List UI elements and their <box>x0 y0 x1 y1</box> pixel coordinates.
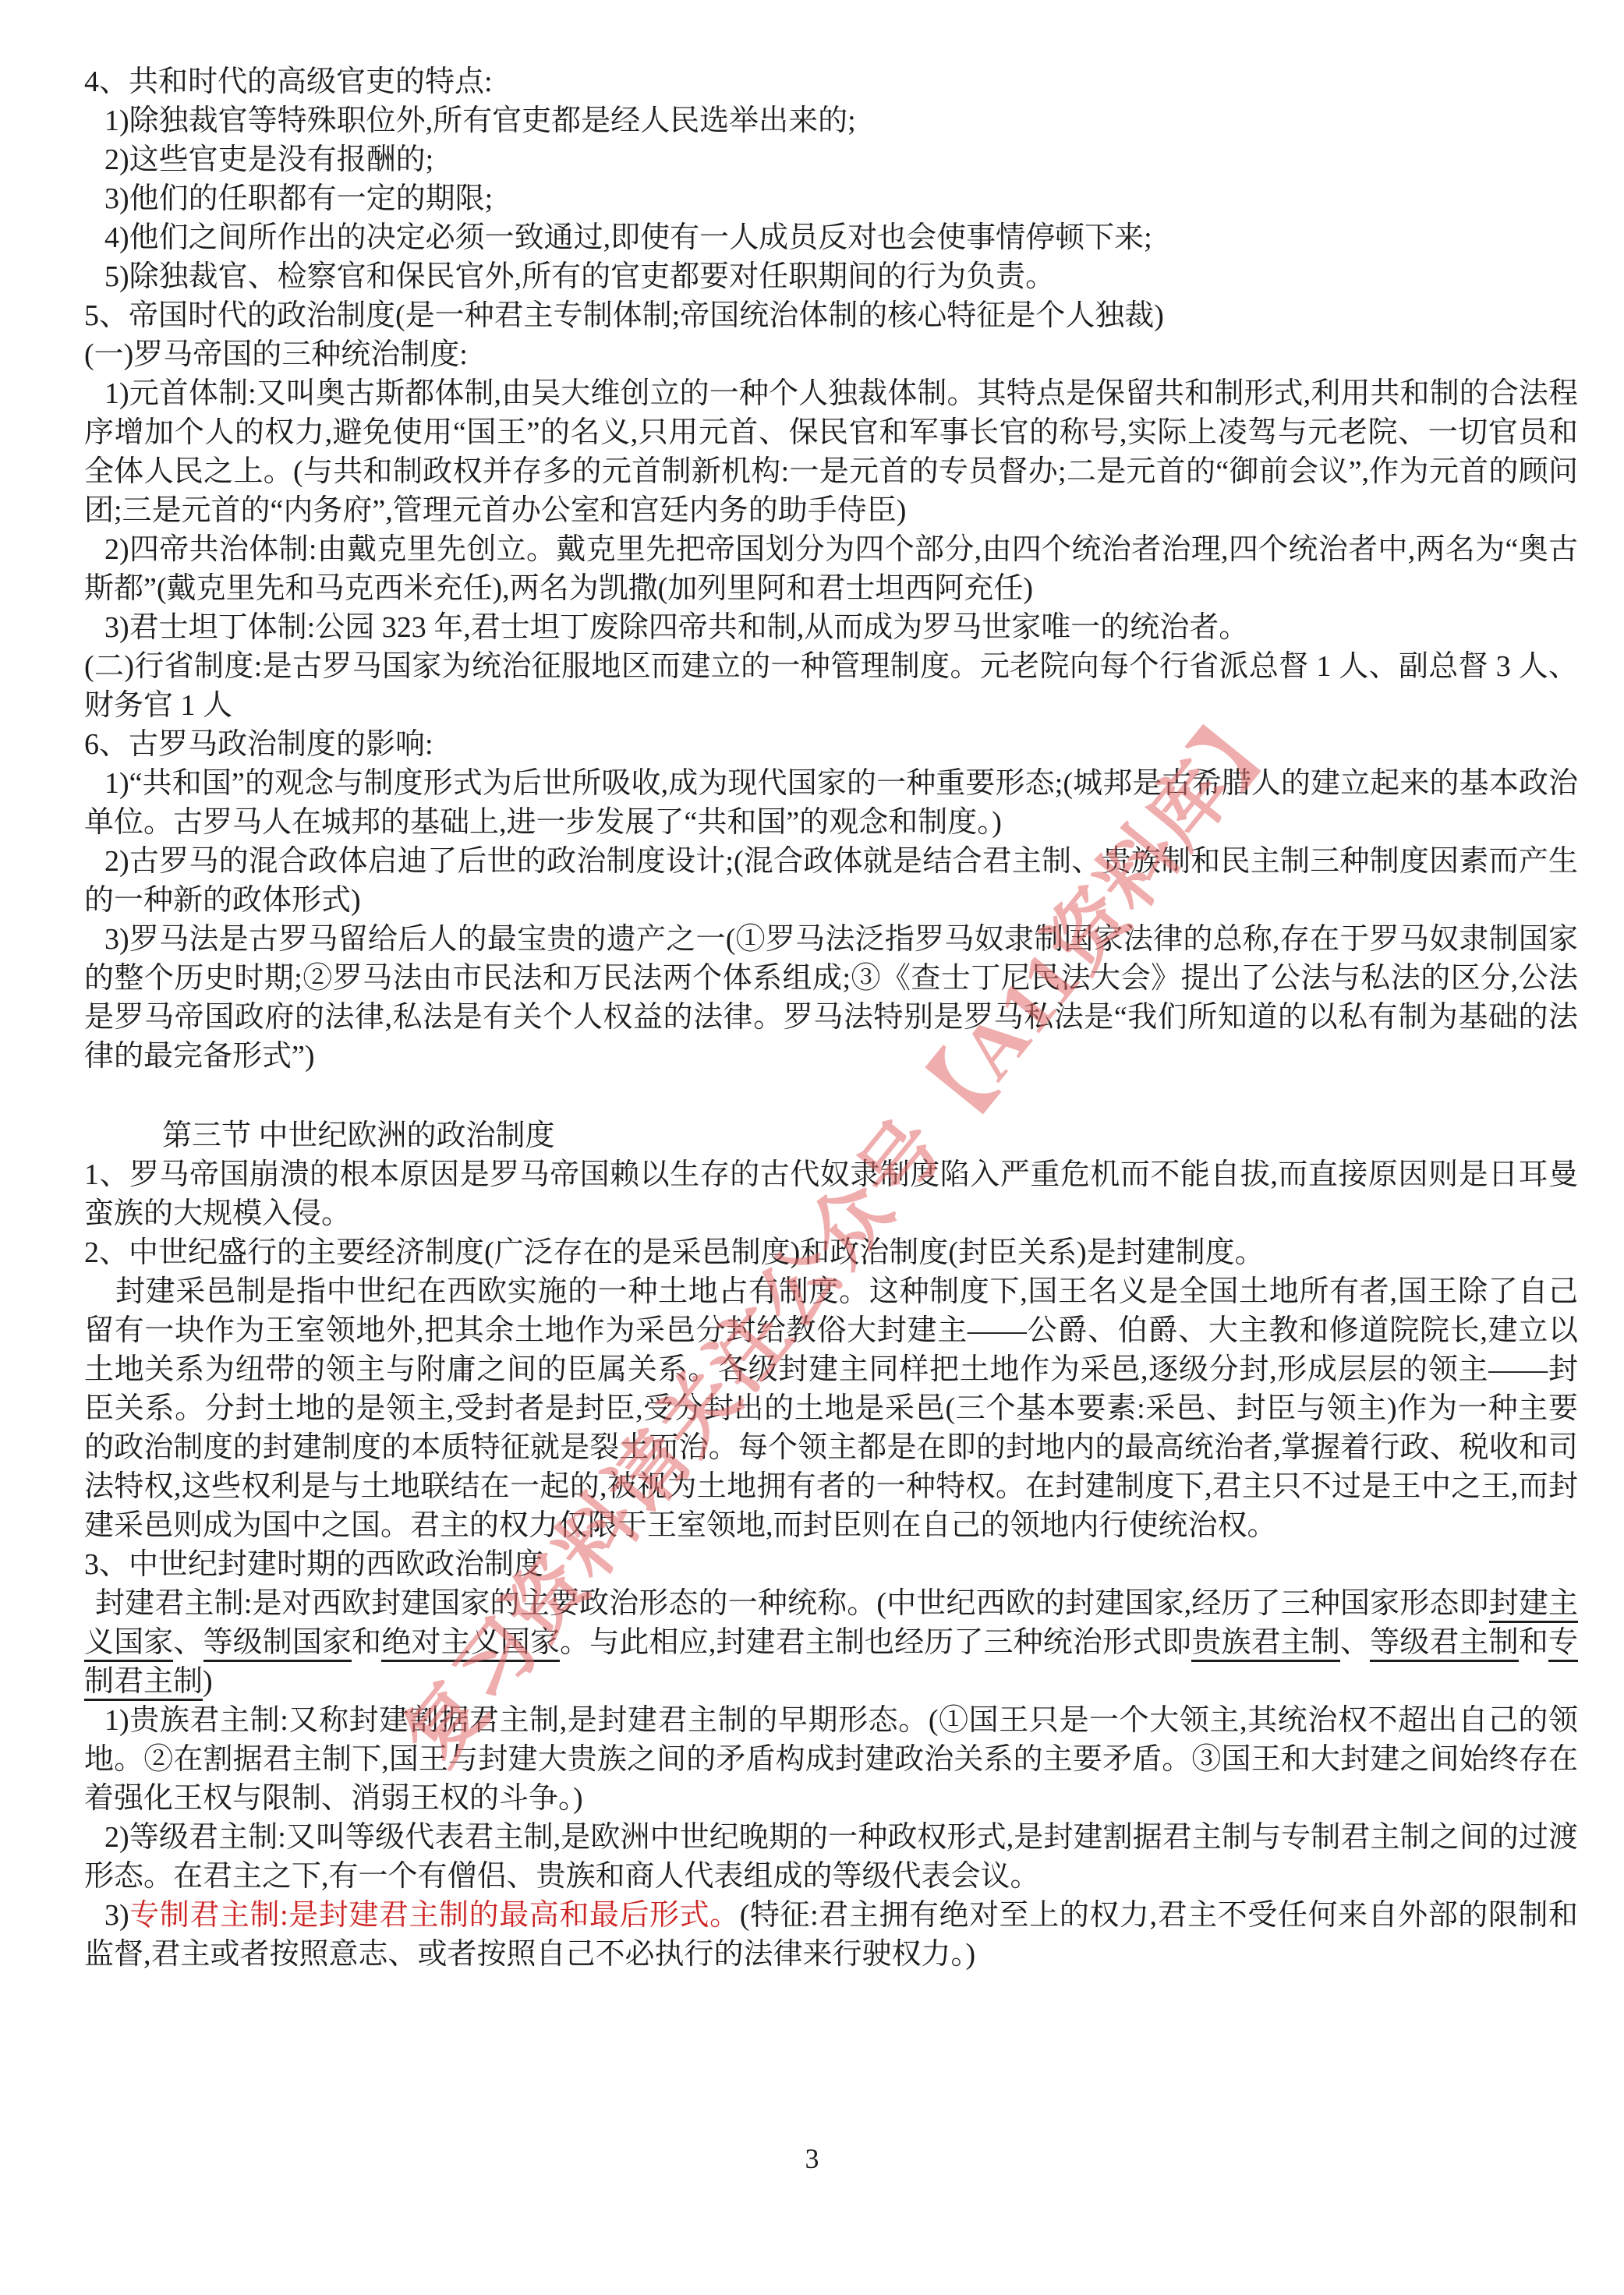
text-segment: (一)罗马帝国的三种统治制度: <box>84 338 468 371</box>
text-segment: 、 <box>1340 1626 1370 1659</box>
paragraph: 4)他们之间所作出的决定必须一致通过,即使有一人成员反对也会使事情停顿下来; <box>84 218 1578 257</box>
paragraph: 5、帝国时代的政治制度(是一种君主专制体制;帝国统治体制的核心特征是个人独裁) <box>84 296 1578 335</box>
text-segment: 1)元首体制:又叫奥古斯都体制,由吴大维创立的一种个人独裁体制。其特点是保留共和… <box>84 377 1578 527</box>
paragraph: 3)他们的任职都有一定的期限; <box>84 179 1578 218</box>
underlined-term: 绝对主义国家 <box>381 1626 560 1662</box>
text-segment: 2)四帝共治体制:由戴克里先创立。戴克里先把帝国划分为四个部分,由四个统治者治理… <box>84 533 1578 605</box>
text-segment: 3) <box>104 1899 129 1932</box>
paragraph: 2、中世纪盛行的主要经济制度(广泛存在的是采邑制度)和政治制度(封臣关系)是封建… <box>84 1233 1578 1272</box>
red-emphasis-text: 专制君主制:是封建君主制的最高和最后形式。 <box>129 1899 740 1932</box>
paragraph: (二)行省制度:是古罗马国家为统治征服地区而建立的一种管理制度。元老院向每个行省… <box>84 647 1578 725</box>
paragraph: 1、罗马帝国崩溃的根本原因是罗马帝国赖以生存的古代奴隶制度陷入严重危机而不能自拔… <box>84 1155 1578 1233</box>
text-segment: (二)行省制度:是古罗马国家为统治征服地区而建立的一种管理制度。元老院向每个行省… <box>84 650 1578 722</box>
text-segment: 6、古罗马政治制度的影响: <box>84 728 433 761</box>
paragraph: 2)等级君主制:又叫等级代表君主制,是欧洲中世纪晚期的一种政权形式,是封建割据君… <box>84 1818 1578 1896</box>
text-segment: 封建君主制:是对西欧封建国家的主要政治形态的一种统称。(中世纪西欧的封建国家,经… <box>95 1587 1489 1620</box>
text-segment: 2)等级君主制:又叫等级代表君主制,是欧洲中世纪晚期的一种政权形式,是封建割据君… <box>84 1821 1578 1893</box>
paragraph: 4、共和时代的高级官吏的特点: <box>84 62 1578 101</box>
text-segment: 2)古罗马的混合政体启迪了后世的政治制度设计;(混合政体就是结合君主制、贵族制和… <box>84 845 1578 917</box>
paragraph: 3)罗马法是古罗马留给后人的最宝贵的遗产之一(①罗马法泛指罗马奴隶制国家法律的总… <box>84 920 1578 1076</box>
text-segment: 1)除独裁官等特殊职位外,所有官吏都是经人民选举出来的; <box>104 104 856 137</box>
text-segment: 2、中世纪盛行的主要经济制度(广泛存在的是采邑制度)和政治制度(封臣关系)是封建… <box>84 1236 1265 1269</box>
paragraph: 3)专制君主制:是封建君主制的最高和最后形式。(特征:君主拥有绝对至上的权力,君… <box>84 1896 1578 1974</box>
paragraph: 1)元首体制:又叫奥古斯都体制,由吴大维创立的一种个人独裁体制。其特点是保留共和… <box>84 374 1578 530</box>
page-number: 3 <box>0 2142 1624 2175</box>
paragraph: 5)除独裁官、检察官和保民官外,所有的官吏都要对任职期间的行为负责。 <box>84 257 1578 296</box>
text-segment: 5)除独裁官、检察官和保民官外,所有的官吏都要对任职期间的行为负责。 <box>104 260 1055 293</box>
text-segment: 1)贵族君主制:又称封建割据君主制,是封建君主制的早期形态。(①国王只是一个大领… <box>84 1704 1578 1815</box>
text-segment: 3)罗马法是古罗马留给后人的最宝贵的遗产之一(①罗马法泛指罗马奴隶制国家法律的总… <box>84 923 1578 1073</box>
text-segment: 1、罗马帝国崩溃的根本原因是罗马帝国赖以生存的古代奴隶制度陷入严重危机而不能自拔… <box>84 1158 1578 1230</box>
paragraph: (一)罗马帝国的三种统治制度: <box>84 335 1578 374</box>
paragraph: 6、古罗马政治制度的影响: <box>84 725 1578 764</box>
text-segment: 。与此相应,封建君主制也经历了三种统治形式即 <box>560 1626 1191 1659</box>
paragraph: 封建采邑制是指中世纪在西欧实施的一种土地占有制度。这种制度下,国王名义是全国土地… <box>84 1272 1578 1545</box>
text-segment: 4)他们之间所作出的决定必须一致通过,即使有一人成员反对也会使事情停顿下来; <box>104 221 1152 254</box>
paragraph: 2)古罗马的混合政体启迪了后世的政治制度设计;(混合政体就是结合君主制、贵族制和… <box>84 842 1578 920</box>
text-segment: 第三节 中世纪欧洲的政治制度 <box>162 1119 555 1152</box>
text-segment: 2)这些官吏是没有报酬的; <box>104 143 433 176</box>
text-segment: 3、中世纪封建时期的西欧政治制度 <box>84 1548 543 1581</box>
underlined-term: 等级君主制 <box>1370 1626 1519 1662</box>
text-segment: 4、共和时代的高级官吏的特点: <box>84 65 493 98</box>
paragraph: 2)四帝共治体制:由戴克里先创立。戴克里先把帝国划分为四个部分,由四个统治者治理… <box>84 530 1578 608</box>
text-segment: 3)君士坦丁体制:公园 323 年,君士坦丁废除四帝共和制,从而成为罗马世家唯一… <box>104 611 1248 644</box>
paragraph: 1)“共和国”的观念与制度形式为后世所吸收,成为现代国家的一种重要形态;(城邦是… <box>84 764 1578 842</box>
text-segment: 和 <box>1519 1626 1548 1659</box>
text-segment: 封建采邑制是指中世纪在西欧实施的一种土地占有制度。这种制度下,国王名义是全国土地… <box>84 1275 1578 1542</box>
text-segment: 1)“共和国”的观念与制度形式为后世所吸收,成为现代国家的一种重要形态;(城邦是… <box>84 767 1578 839</box>
text-segment: 、 <box>173 1626 203 1659</box>
underlined-term: 贵族君主制 <box>1191 1626 1340 1662</box>
paragraph: 3、中世纪封建时期的西欧政治制度 <box>84 1545 1578 1584</box>
paragraph: 封建君主制:是对西欧封建国家的主要政治形态的一种统称。(中世纪西欧的封建国家,经… <box>84 1584 1578 1701</box>
section-title: 第三节 中世纪欧洲的政治制度 <box>84 1116 1578 1155</box>
document-page: 4、共和时代的高级官吏的特点:1)除独裁官等特殊职位外,所有官吏都是经人民选举出… <box>0 0 1624 2295</box>
underlined-term: 等级制国家 <box>203 1626 352 1662</box>
text-segment: ) <box>203 1665 213 1698</box>
text-segment: 5、帝国时代的政治制度(是一种君主专制体制;帝国统治体制的核心特征是个人独裁) <box>84 299 1164 332</box>
paragraph: 3)君士坦丁体制:公园 323 年,君士坦丁废除四帝共和制,从而成为罗马世家唯一… <box>84 608 1578 647</box>
text-segment: 和 <box>352 1626 381 1659</box>
document-body: 4、共和时代的高级官吏的特点:1)除独裁官等特殊职位外,所有官吏都是经人民选举出… <box>84 62 1578 1974</box>
paragraph: 1)除独裁官等特殊职位外,所有官吏都是经人民选举出来的; <box>84 101 1578 140</box>
paragraph: 2)这些官吏是没有报酬的; <box>84 140 1578 179</box>
paragraph: 1)贵族君主制:又称封建割据君主制,是封建君主制的早期形态。(①国王只是一个大领… <box>84 1701 1578 1818</box>
text-segment: 3)他们的任职都有一定的期限; <box>104 182 493 215</box>
